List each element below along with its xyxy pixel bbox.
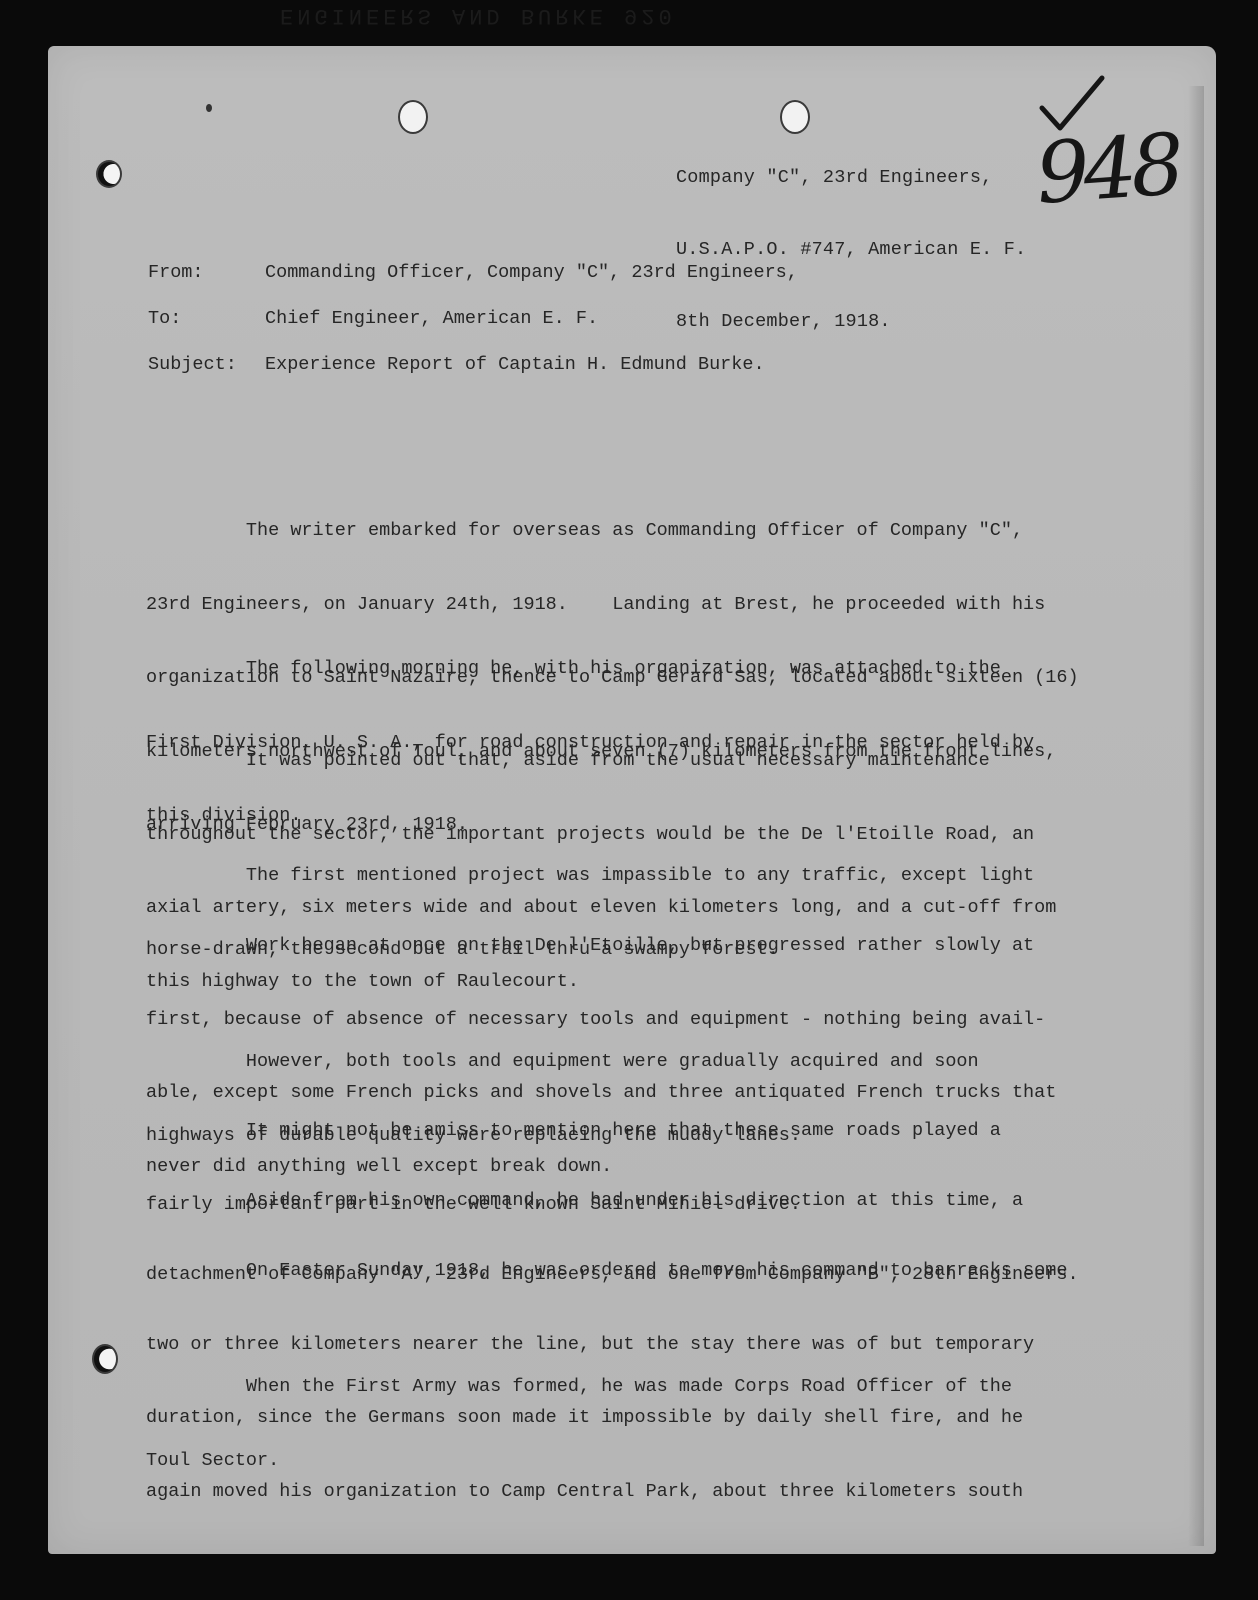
text-line: The writer embarked for overseas as Comm…: [146, 519, 1079, 544]
text-line: The following morning he, with his organ…: [146, 657, 1034, 682]
from-label: From:: [148, 262, 204, 283]
text-line: Work began at once on the De l'Etoille, …: [146, 934, 1056, 959]
from-value: Commanding Officer, Company "C", 23rd En…: [265, 262, 798, 283]
punch-hole-side-lower: [92, 1344, 118, 1374]
paragraph-10: When the First Army was formed, he was m…: [146, 1326, 1012, 1522]
punch-hole-side-upper: [96, 160, 122, 188]
scan-speck: [206, 104, 212, 112]
text-line: On Easter Sunday 1918, he was ordered to…: [146, 1259, 1067, 1284]
letterhead-date: 8th December, 1918.: [676, 310, 1026, 334]
letterhead-company: Company "C", 23rd Engineers,: [676, 166, 1026, 190]
to-value: Chief Engineer, American E. F.: [265, 308, 598, 329]
text-line: When the First Army was formed, he was m…: [146, 1375, 1012, 1400]
letterhead: Company "C", 23rd Engineers, U.S.A.P.O. …: [676, 118, 1026, 358]
to-label: To:: [148, 308, 181, 329]
letterhead-address: U.S.A.P.O. #747, American E. F.: [676, 238, 1026, 262]
text-line: It was pointed out that, aside from the …: [146, 749, 1056, 774]
subject-label: Subject:: [148, 354, 237, 375]
subject-value: Experience Report of Captain H. Edmund B…: [265, 354, 765, 375]
punch-hole-top-left: [398, 100, 428, 134]
folio-number: 948: [1033, 115, 1182, 223]
page-edge-shadow: [1188, 86, 1204, 1546]
bleed-through-text: ENGINEERS AND BURKE 920: [280, 2, 980, 28]
text-line: Toul Sector.: [146, 1449, 1012, 1474]
